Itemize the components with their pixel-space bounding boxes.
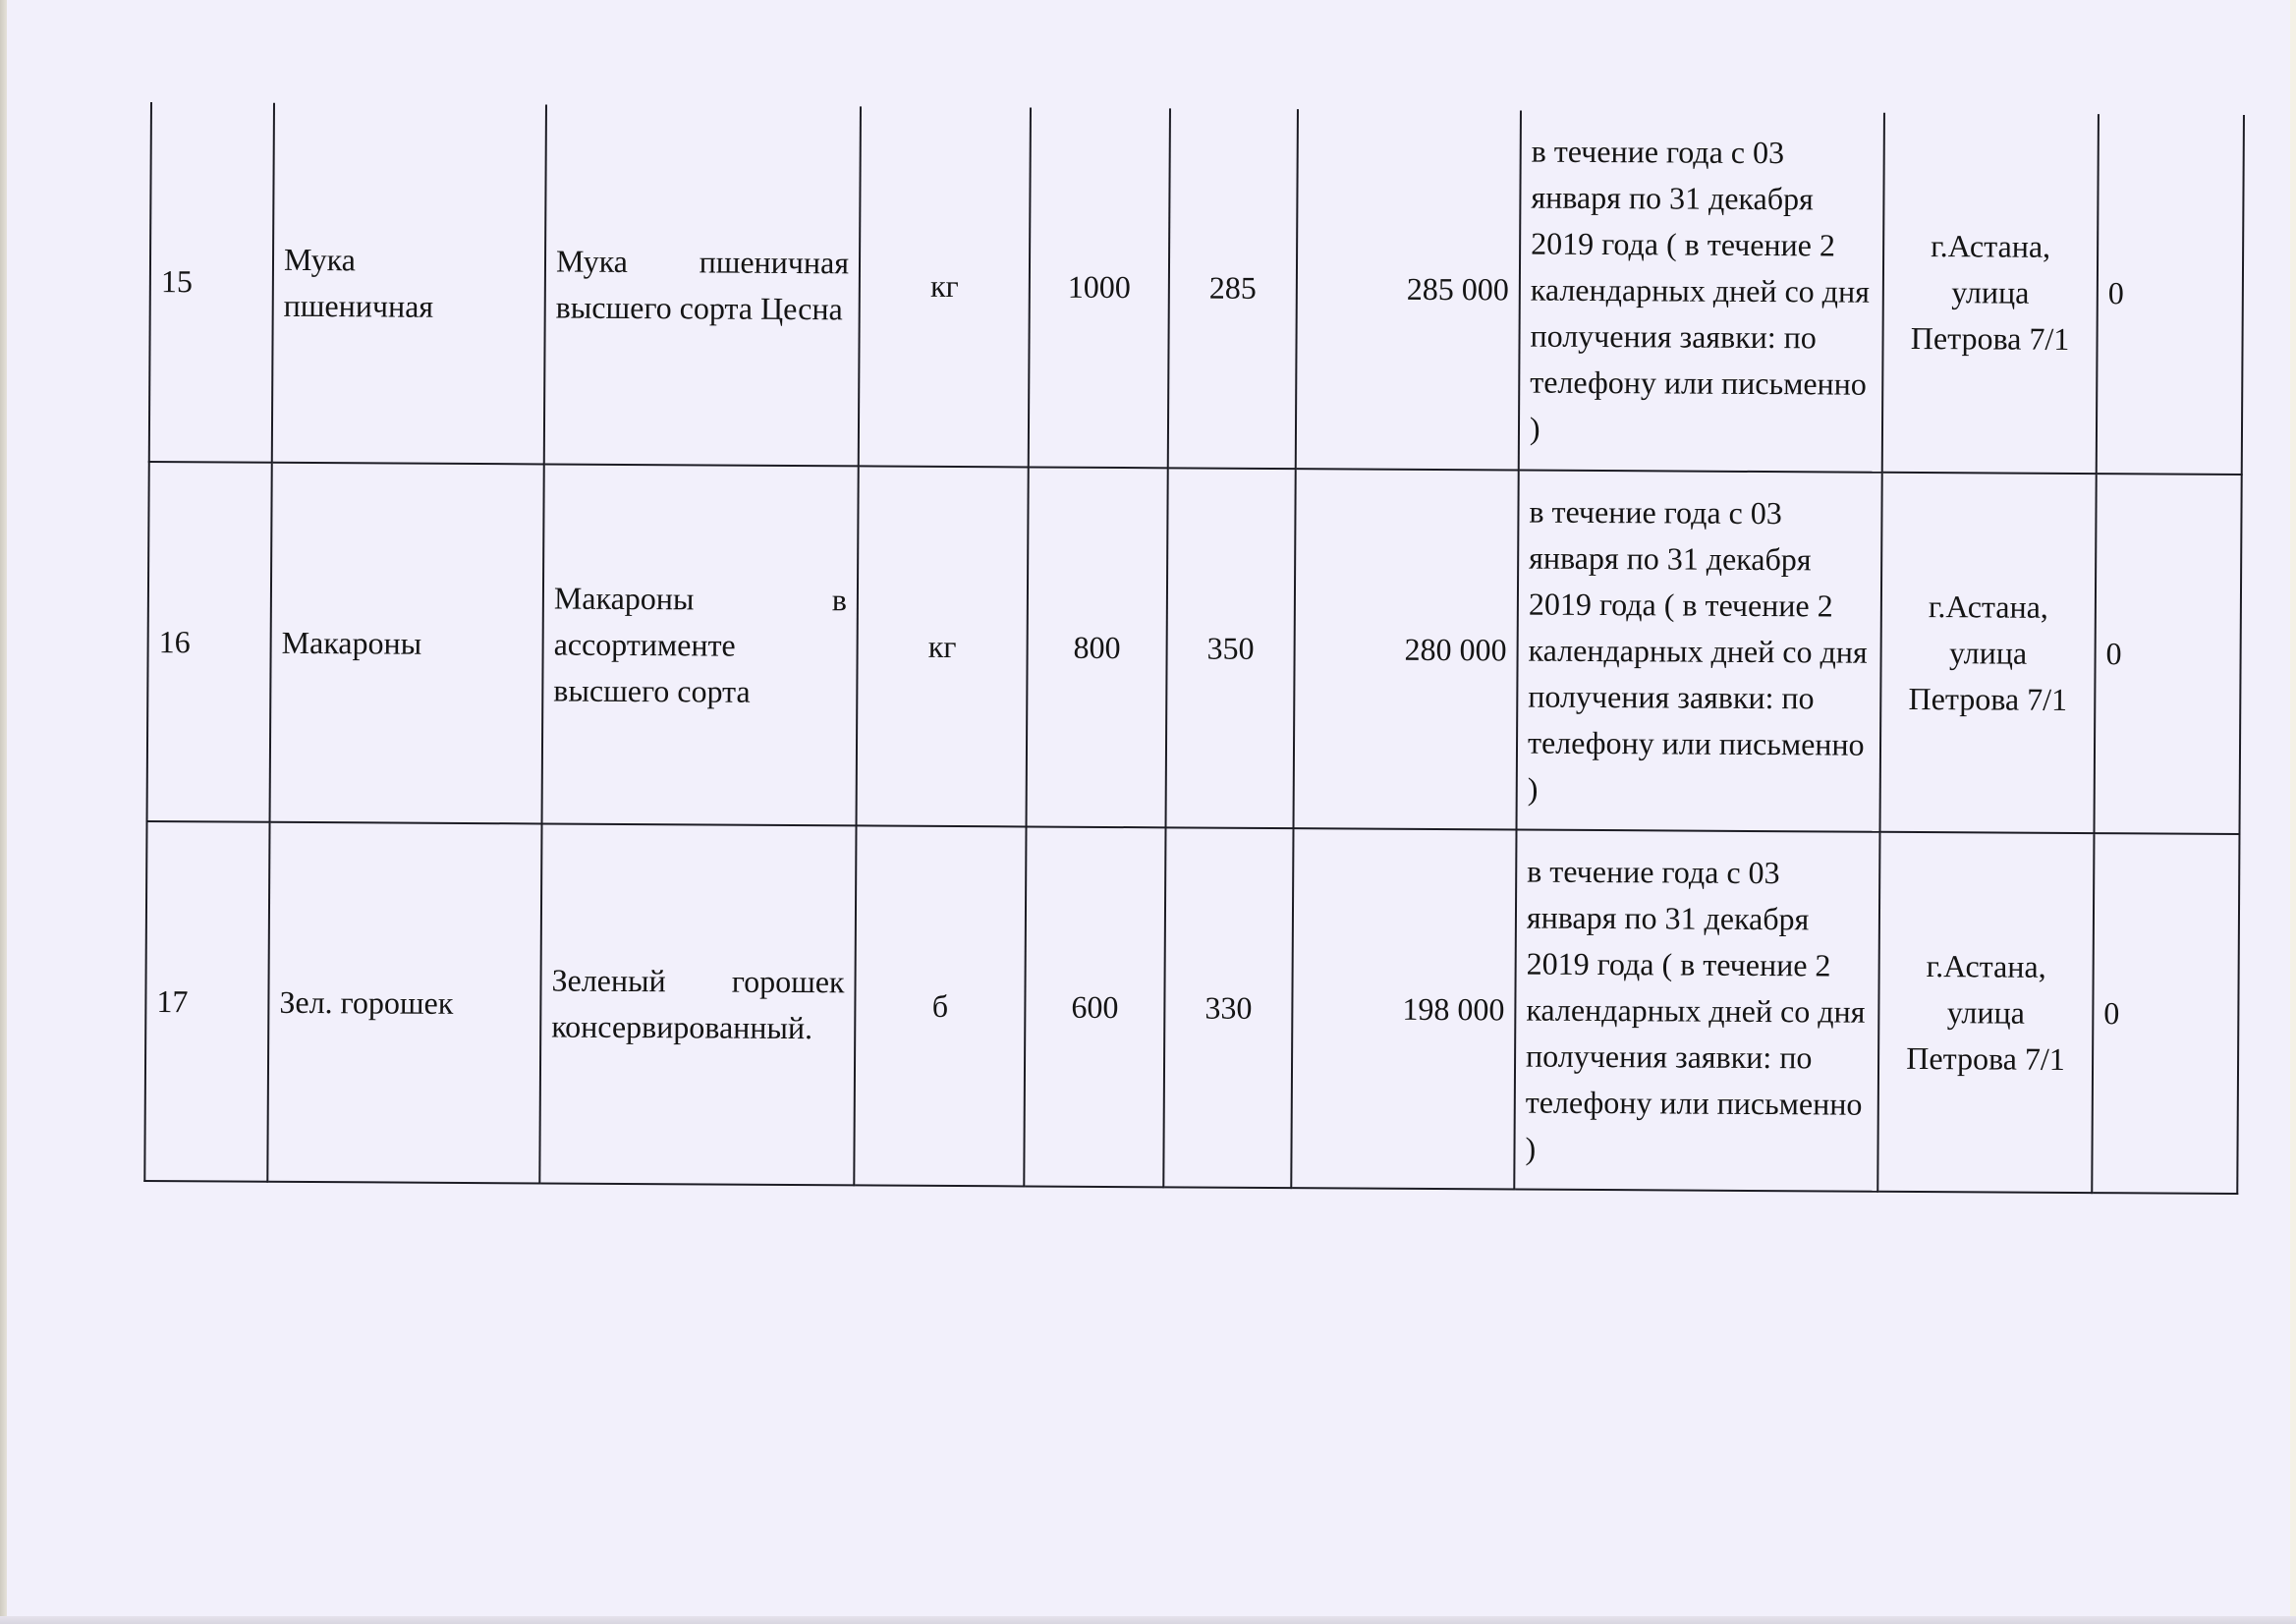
cell-quantity: 1000 xyxy=(1029,107,1170,468)
cell-description: Макароны в ассортименте высшего сорта xyxy=(542,464,859,825)
cell-unit: кг xyxy=(859,106,1031,467)
cell-number: 17 xyxy=(144,821,269,1182)
scan-edge-bottom xyxy=(0,1616,2296,1624)
cell-sum: 198 000 xyxy=(1291,828,1516,1189)
cell-unit: кг xyxy=(857,466,1029,826)
cell-sum: 280 000 xyxy=(1294,469,1519,829)
cell-sum: 285 000 xyxy=(1296,109,1521,470)
cell-advance: 0 xyxy=(2094,474,2241,834)
cell-item-name: Мукапшеничная xyxy=(272,103,546,465)
table-row: 17 Зел. горошек Зеленый горошек консерви… xyxy=(144,821,2239,1194)
scan-edge-right xyxy=(2290,0,2296,1624)
cell-delivery-place: г.Астана, улица Петрова 7/1 xyxy=(1877,832,2094,1193)
cell-unit: б xyxy=(854,825,1026,1186)
cell-delivery-term: в течение года с 03 января по 31 декабря… xyxy=(1517,471,1882,832)
cell-advance: 0 xyxy=(2092,833,2239,1194)
cell-item-name: Макароны xyxy=(270,463,544,824)
cell-advance: 0 xyxy=(2097,114,2244,475)
cell-delivery-place: г.Астана, улица Петрова 7/1 xyxy=(1882,113,2099,474)
cell-price: 330 xyxy=(1163,827,1293,1188)
table-row: 15 Мукапшеничная Мука пшеничная высшего … xyxy=(149,102,2244,475)
cell-price: 285 xyxy=(1168,108,1298,469)
cell-delivery-term: в течение года с 03 января по 31 декабря… xyxy=(1514,830,1879,1192)
document-page: 15 Мукапшеничная Мука пшеничная высшего … xyxy=(143,102,2245,1195)
cell-delivery-term: в течение года с 03 января по 31 декабря… xyxy=(1519,111,1884,473)
table-row: 16 Макароны Макароны в ассортименте высш… xyxy=(147,462,2242,834)
cell-quantity: 600 xyxy=(1024,826,1165,1187)
procurement-table: 15 Мукапшеничная Мука пшеничная высшего … xyxy=(143,102,2245,1195)
cell-description: Мука пшеничная высшего сорта Цесна xyxy=(544,104,861,466)
cell-delivery-place: г.Астана, улица Петрова 7/1 xyxy=(1879,473,2096,833)
cell-number: 15 xyxy=(149,102,274,463)
scan-edge-left xyxy=(0,0,7,1624)
cell-price: 350 xyxy=(1166,468,1296,828)
cell-description: Зеленый горошек консервированный. xyxy=(539,823,856,1185)
cell-item-name: Зел. горошек xyxy=(267,822,541,1184)
cell-quantity: 800 xyxy=(1027,467,1168,827)
cell-number: 16 xyxy=(147,462,272,822)
